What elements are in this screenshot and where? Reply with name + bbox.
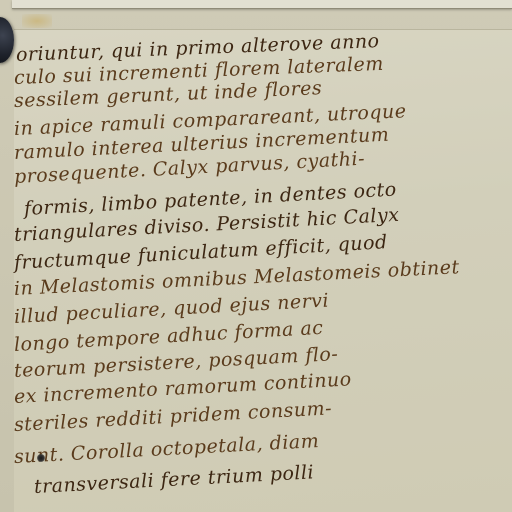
- mount-strip: [12, 0, 512, 9]
- paper-stain: [22, 14, 52, 28]
- manuscript-page: oriuntur, qui in primo alterove anno cul…: [14, 29, 512, 512]
- manuscript-line-17: transversali fere trium polli: [33, 461, 314, 498]
- manuscript-line-16: sunt. Corolla octopetala, diam: [13, 430, 319, 468]
- ink-blot: [37, 454, 45, 462]
